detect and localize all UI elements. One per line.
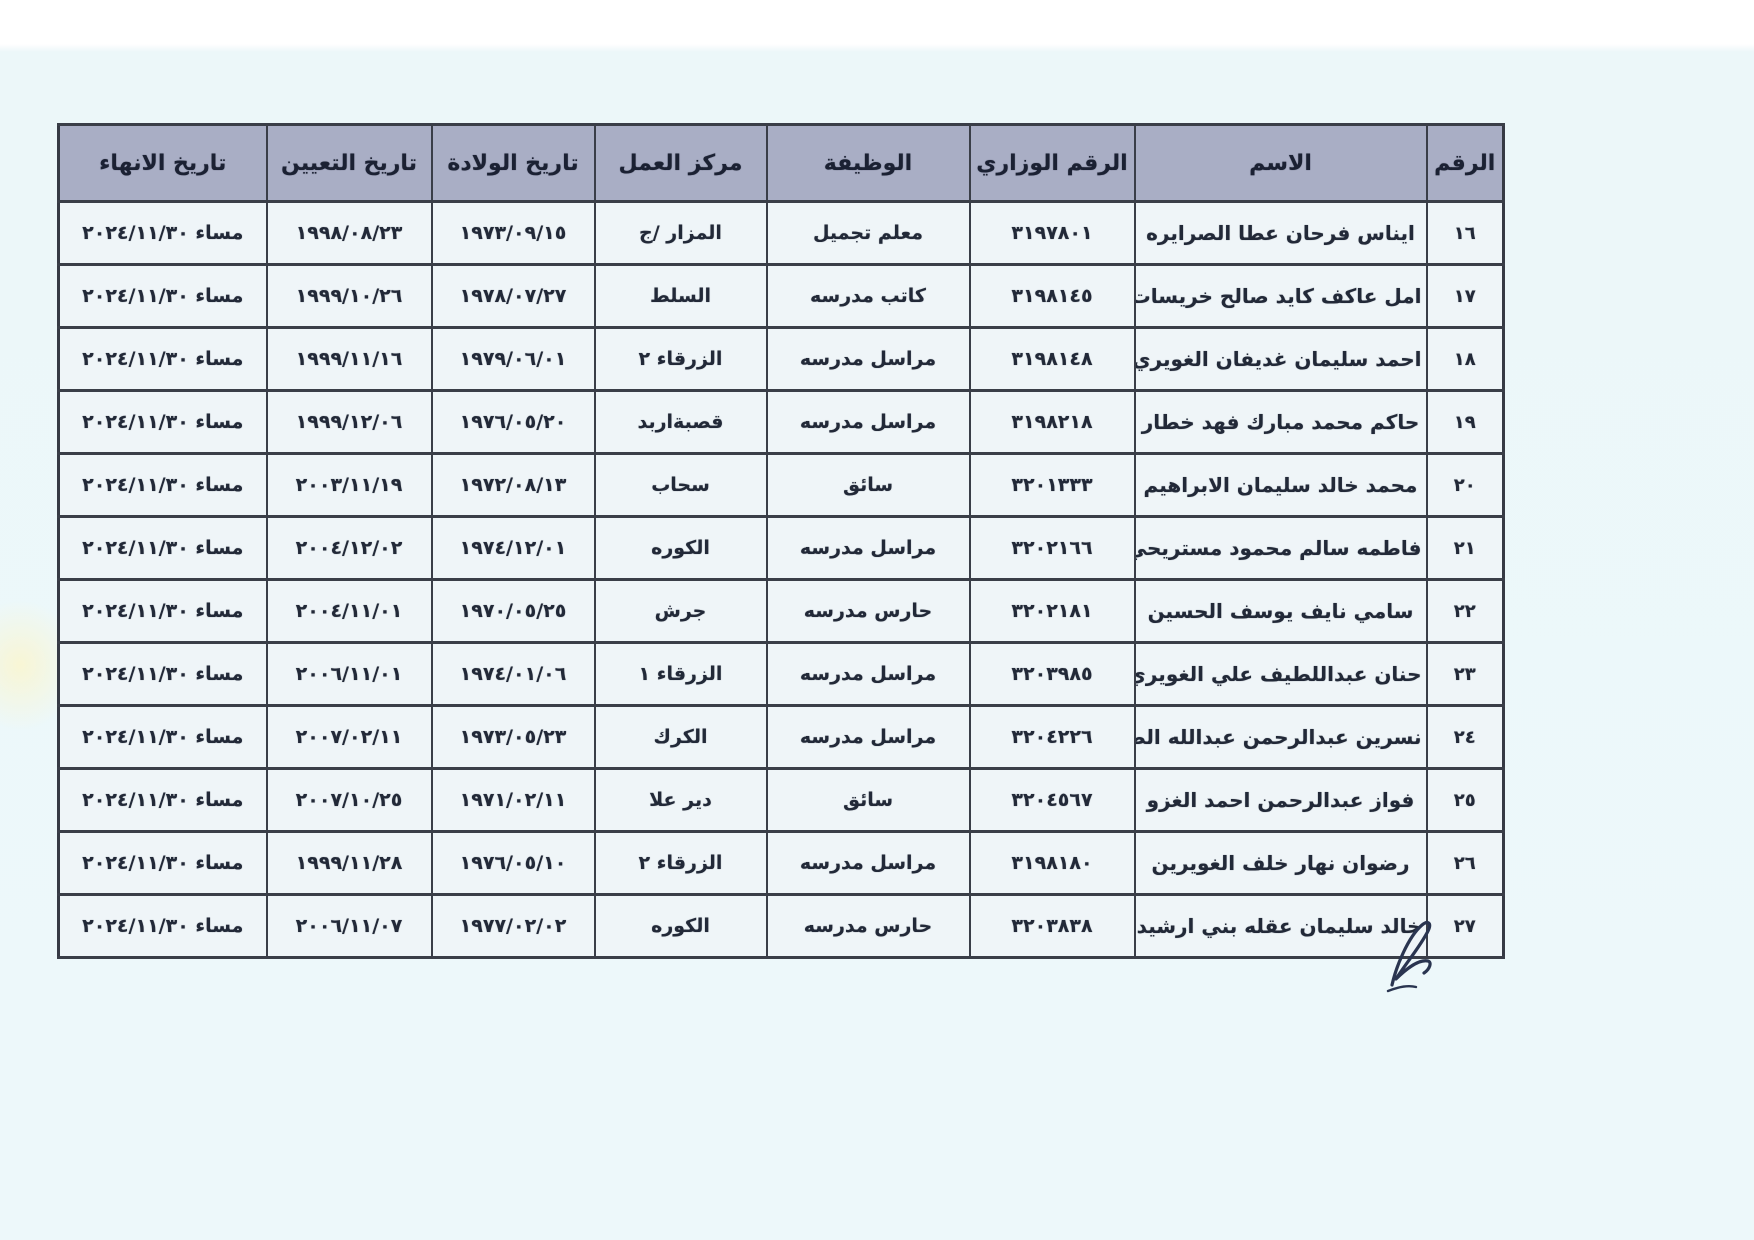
cell-birth_date: ١٩٧٩/٠٦/٠١ bbox=[432, 328, 595, 391]
table-row: ٢٦رضوان نهار خلف الغويرين٣١٩٨١٨٠مراسل مد… bbox=[59, 832, 1504, 895]
cell-hire_date: ٢٠٠٦/١١/٠٧ bbox=[267, 895, 432, 958]
cell-ministry_no: ٣١٩٨١٤٥ bbox=[970, 265, 1135, 328]
cell-hire_date: ٢٠٠٧/١٠/٢٥ bbox=[267, 769, 432, 832]
cell-hire_date: ١٩٩٩/١٢/٠٦ bbox=[267, 391, 432, 454]
cell-job: حارس مدرسه bbox=[767, 580, 970, 643]
cell-name: نسرين عبدالرحمن عبدالله الصعوب bbox=[1135, 706, 1427, 769]
cell-work_center: الزرقاء ٢ bbox=[595, 832, 767, 895]
cell-ministry_no: ٣١٩٨١٨٠ bbox=[970, 832, 1135, 895]
cell-work_center: قصبةاربد bbox=[595, 391, 767, 454]
cell-hire_date: ٢٠٠٦/١١/٠١ bbox=[267, 643, 432, 706]
cell-work_center: السلط bbox=[595, 265, 767, 328]
cell-job: سائق bbox=[767, 769, 970, 832]
table-row: ٢٥فواز عبدالرحمن احمد الغزو٣٢٠٤٥٦٧سائقدي… bbox=[59, 769, 1504, 832]
cell-end_date: مساء ٢٠٢٤/١١/٣٠ bbox=[59, 202, 267, 265]
cell-num: ٢٤ bbox=[1427, 706, 1504, 769]
table-row: ١٦ايناس فرحان عطا الصرايره٣١٩٧٨٠١معلم تج… bbox=[59, 202, 1504, 265]
cell-job: مراسل مدرسه bbox=[767, 706, 970, 769]
cell-end_date: مساء ٢٠٢٤/١١/٣٠ bbox=[59, 769, 267, 832]
col-header-name: الاسم bbox=[1135, 125, 1427, 202]
cell-end_date: مساء ٢٠٢٤/١١/٣٠ bbox=[59, 328, 267, 391]
cell-name: فاطمه سالم محمود مستريحي bbox=[1135, 517, 1427, 580]
cell-ministry_no: ٣١٩٧٨٠١ bbox=[970, 202, 1135, 265]
cell-hire_date: ١٩٩٩/١١/١٦ bbox=[267, 328, 432, 391]
table-row: ١٨احمد سليمان غديفان الغويري٣١٩٨١٤٨مراسل… bbox=[59, 328, 1504, 391]
cell-work_center: الكرك bbox=[595, 706, 767, 769]
cell-end_date: مساء ٢٠٢٤/١١/٣٠ bbox=[59, 517, 267, 580]
col-header-birth_date: تاريخ الولادة bbox=[432, 125, 595, 202]
cell-ministry_no: ٣٢٠٣٨٣٨ bbox=[970, 895, 1135, 958]
col-header-job: الوظيفة bbox=[767, 125, 970, 202]
cell-num: ٢٣ bbox=[1427, 643, 1504, 706]
col-header-num: الرقم bbox=[1427, 125, 1504, 202]
cell-birth_date: ١٩٧٣/٠٥/٢٣ bbox=[432, 706, 595, 769]
cell-name: امل عاكف كايد صالح خريسات bbox=[1135, 265, 1427, 328]
cell-num: ١٨ bbox=[1427, 328, 1504, 391]
col-header-ministry_no: الرقم الوزاري bbox=[970, 125, 1135, 202]
cell-job: مراسل مدرسه bbox=[767, 643, 970, 706]
cell-hire_date: ١٩٩٩/١١/٢٨ bbox=[267, 832, 432, 895]
employee-table-container: الرقمالاسمالرقم الوزاريالوظيفةمركز العمل… bbox=[57, 123, 1502, 959]
table-row: ٢٢سامي نايف يوسف الحسين٣٢٠٢١٨١حارس مدرسه… bbox=[59, 580, 1504, 643]
cell-work_center: الكوره bbox=[595, 895, 767, 958]
cell-num: ٢٦ bbox=[1427, 832, 1504, 895]
cell-birth_date: ١٩٧١/٠٢/١١ bbox=[432, 769, 595, 832]
cell-job: كاتب مدرسه bbox=[767, 265, 970, 328]
cell-work_center: سحاب bbox=[595, 454, 767, 517]
cell-birth_date: ١٩٧٦/٠٥/٢٠ bbox=[432, 391, 595, 454]
cell-end_date: مساء ٢٠٢٤/١١/٣٠ bbox=[59, 643, 267, 706]
cell-end_date: مساء ٢٠٢٤/١١/٣٠ bbox=[59, 391, 267, 454]
table-row: ١٩حاكم محمد مبارك فهد خطار٣١٩٨٢١٨مراسل م… bbox=[59, 391, 1504, 454]
cell-end_date: مساء ٢٠٢٤/١١/٣٠ bbox=[59, 706, 267, 769]
cell-ministry_no: ٣٢٠١٣٣٣ bbox=[970, 454, 1135, 517]
table-row: ٢٤نسرين عبدالرحمن عبدالله الصعوب٣٢٠٤٢٢٦م… bbox=[59, 706, 1504, 769]
cell-num: ٢٥ bbox=[1427, 769, 1504, 832]
cell-job: مراسل مدرسه bbox=[767, 328, 970, 391]
cell-hire_date: ٢٠٠٧/٠٢/١١ bbox=[267, 706, 432, 769]
table-header-row: الرقمالاسمالرقم الوزاريالوظيفةمركز العمل… bbox=[59, 125, 1504, 202]
cell-job: مراسل مدرسه bbox=[767, 517, 970, 580]
table-row: ٢٧خالد سليمان عقله بني ارشيد٣٢٠٣٨٣٨حارس … bbox=[59, 895, 1504, 958]
cell-name: ايناس فرحان عطا الصرايره bbox=[1135, 202, 1427, 265]
cell-name: حنان عبداللطيف علي الغويري bbox=[1135, 643, 1427, 706]
cell-hire_date: ١٩٩٨/٠٨/٢٣ bbox=[267, 202, 432, 265]
cell-ministry_no: ٣٢٠٢١٨١ bbox=[970, 580, 1135, 643]
cell-ministry_no: ٣٢٠٣٩٨٥ bbox=[970, 643, 1135, 706]
cell-birth_date: ١٩٧٤/١٢/٠١ bbox=[432, 517, 595, 580]
cell-name: سامي نايف يوسف الحسين bbox=[1135, 580, 1427, 643]
col-header-end_date: تاريخ الانهاء bbox=[59, 125, 267, 202]
pen-signature-icon bbox=[1378, 915, 1442, 997]
cell-job: مراسل مدرسه bbox=[767, 832, 970, 895]
cell-ministry_no: ٣٢٠٢١٦٦ bbox=[970, 517, 1135, 580]
table-row: ٢٠محمد خالد سليمان الابراهيم٣٢٠١٣٣٣سائقس… bbox=[59, 454, 1504, 517]
cell-birth_date: ١٩٧٨/٠٧/٢٧ bbox=[432, 265, 595, 328]
cell-name: احمد سليمان غديفان الغويري bbox=[1135, 328, 1427, 391]
cell-work_center: المزار /ج bbox=[595, 202, 767, 265]
cell-work_center: دير علا bbox=[595, 769, 767, 832]
table-row: ١٧امل عاكف كايد صالح خريسات٣١٩٨١٤٥كاتب م… bbox=[59, 265, 1504, 328]
cell-birth_date: ١٩٧٤/٠١/٠٦ bbox=[432, 643, 595, 706]
cell-hire_date: ٢٠٠٣/١١/١٩ bbox=[267, 454, 432, 517]
cell-birth_date: ١٩٧٠/٠٥/٢٥ bbox=[432, 580, 595, 643]
cell-hire_date: ١٩٩٩/١٠/٢٦ bbox=[267, 265, 432, 328]
cell-job: مراسل مدرسه bbox=[767, 391, 970, 454]
employee-table: الرقمالاسمالرقم الوزاريالوظيفةمركز العمل… bbox=[57, 123, 1505, 959]
cell-num: ٢٢ bbox=[1427, 580, 1504, 643]
cell-name: محمد خالد سليمان الابراهيم bbox=[1135, 454, 1427, 517]
cell-birth_date: ١٩٧٧/٠٢/٠٢ bbox=[432, 895, 595, 958]
cell-num: ١٧ bbox=[1427, 265, 1504, 328]
cell-name: فواز عبدالرحمن احمد الغزو bbox=[1135, 769, 1427, 832]
cell-name: حاكم محمد مبارك فهد خطار bbox=[1135, 391, 1427, 454]
cell-end_date: مساء ٢٠٢٤/١١/٣٠ bbox=[59, 895, 267, 958]
cell-num: ١٦ bbox=[1427, 202, 1504, 265]
col-header-work_center: مركز العمل bbox=[595, 125, 767, 202]
cell-job: حارس مدرسه bbox=[767, 895, 970, 958]
cell-birth_date: ١٩٧٣/٠٩/١٥ bbox=[432, 202, 595, 265]
cell-job: معلم تجميل bbox=[767, 202, 970, 265]
cell-ministry_no: ٣١٩٨١٤٨ bbox=[970, 328, 1135, 391]
cell-work_center: جرش bbox=[595, 580, 767, 643]
table-row: ٢٣حنان عبداللطيف علي الغويري٣٢٠٣٩٨٥مراسل… bbox=[59, 643, 1504, 706]
table-row: ٢١فاطمه سالم محمود مستريحي٣٢٠٢١٦٦مراسل م… bbox=[59, 517, 1504, 580]
cell-end_date: مساء ٢٠٢٤/١١/٣٠ bbox=[59, 580, 267, 643]
cell-ministry_no: ٣١٩٨٢١٨ bbox=[970, 391, 1135, 454]
cell-num: ١٩ bbox=[1427, 391, 1504, 454]
cell-ministry_no: ٣٢٠٤٥٦٧ bbox=[970, 769, 1135, 832]
col-header-hire_date: تاريخ التعيين bbox=[267, 125, 432, 202]
cell-hire_date: ٢٠٠٤/١٢/٠٢ bbox=[267, 517, 432, 580]
cell-work_center: الزرقاء ٢ bbox=[595, 328, 767, 391]
cell-end_date: مساء ٢٠٢٤/١١/٣٠ bbox=[59, 832, 267, 895]
cell-job: سائق bbox=[767, 454, 970, 517]
cell-end_date: مساء ٢٠٢٤/١١/٣٠ bbox=[59, 454, 267, 517]
cell-num: ٢١ bbox=[1427, 517, 1504, 580]
cell-work_center: الكوره bbox=[595, 517, 767, 580]
cell-birth_date: ١٩٧٢/٠٨/١٣ bbox=[432, 454, 595, 517]
cell-hire_date: ٢٠٠٤/١١/٠١ bbox=[267, 580, 432, 643]
scanned-document-page: { "colors":{ "page_bg":"#edf8fa", "heade… bbox=[0, 0, 1754, 1240]
cell-end_date: مساء ٢٠٢٤/١١/٣٠ bbox=[59, 265, 267, 328]
cell-work_center: الزرقاء ١ bbox=[595, 643, 767, 706]
cell-birth_date: ١٩٧٦/٠٥/١٠ bbox=[432, 832, 595, 895]
cell-name: رضوان نهار خلف الغويرين bbox=[1135, 832, 1427, 895]
cell-num: ٢٠ bbox=[1427, 454, 1504, 517]
cell-ministry_no: ٣٢٠٤٢٢٦ bbox=[970, 706, 1135, 769]
